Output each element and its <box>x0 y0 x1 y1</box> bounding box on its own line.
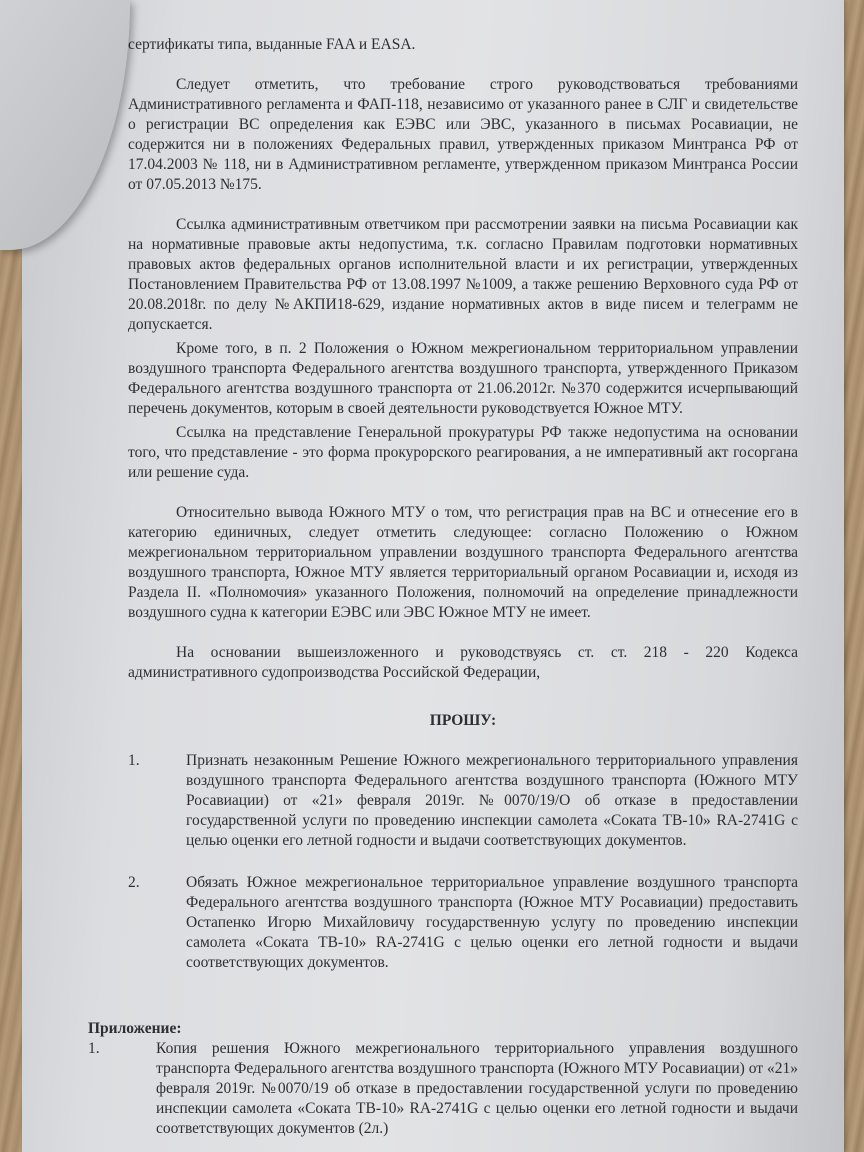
paragraph-rosaviation-letters: Ссылка административным ответчиком при р… <box>128 215 798 335</box>
request-item-1: 1. Признать незаконным Решение Южного ме… <box>70 751 798 851</box>
appendix-title: Приложение: <box>88 1019 798 1039</box>
appendix-text: Копия решения Южного межрегионального те… <box>156 1039 798 1139</box>
paragraph-mtu-conclusion: Относительно вывода Южного МТУ о том, чт… <box>128 503 798 623</box>
appendix-item: 1. Копия решения Южного межрегионального… <box>88 1039 798 1139</box>
request-text: Обязать Южное межрегиональное территориа… <box>186 873 798 973</box>
request-heading: ПРОШУ: <box>128 711 798 731</box>
opening-line: сертификаты типа, выданные FAA и EASA. <box>128 35 798 55</box>
document-body: сертификаты типа, выданные FAA и EASA. С… <box>128 35 798 1139</box>
paragraph-prosecutor-reference: Ссылка на представление Генеральной прок… <box>128 423 798 483</box>
appendix-section: Приложение: 1. Копия решения Южного межр… <box>88 1019 798 1139</box>
request-text: Признать незаконным Решение Южного межре… <box>186 751 798 851</box>
paragraph-regulation-p2: Кроме того, в п. 2 Положения о Южном меж… <box>128 339 798 419</box>
paragraph-requirements: Следует отметить, что требование строго … <box>128 75 798 195</box>
paragraph-legal-basis: На основании вышеизложенного и руководст… <box>128 643 798 683</box>
request-number: 2. <box>70 873 186 973</box>
request-item-2: 2. Обязать Южное межрегиональное террито… <box>70 873 798 973</box>
appendix-number: 1. <box>88 1039 156 1139</box>
request-number: 1. <box>70 751 186 851</box>
